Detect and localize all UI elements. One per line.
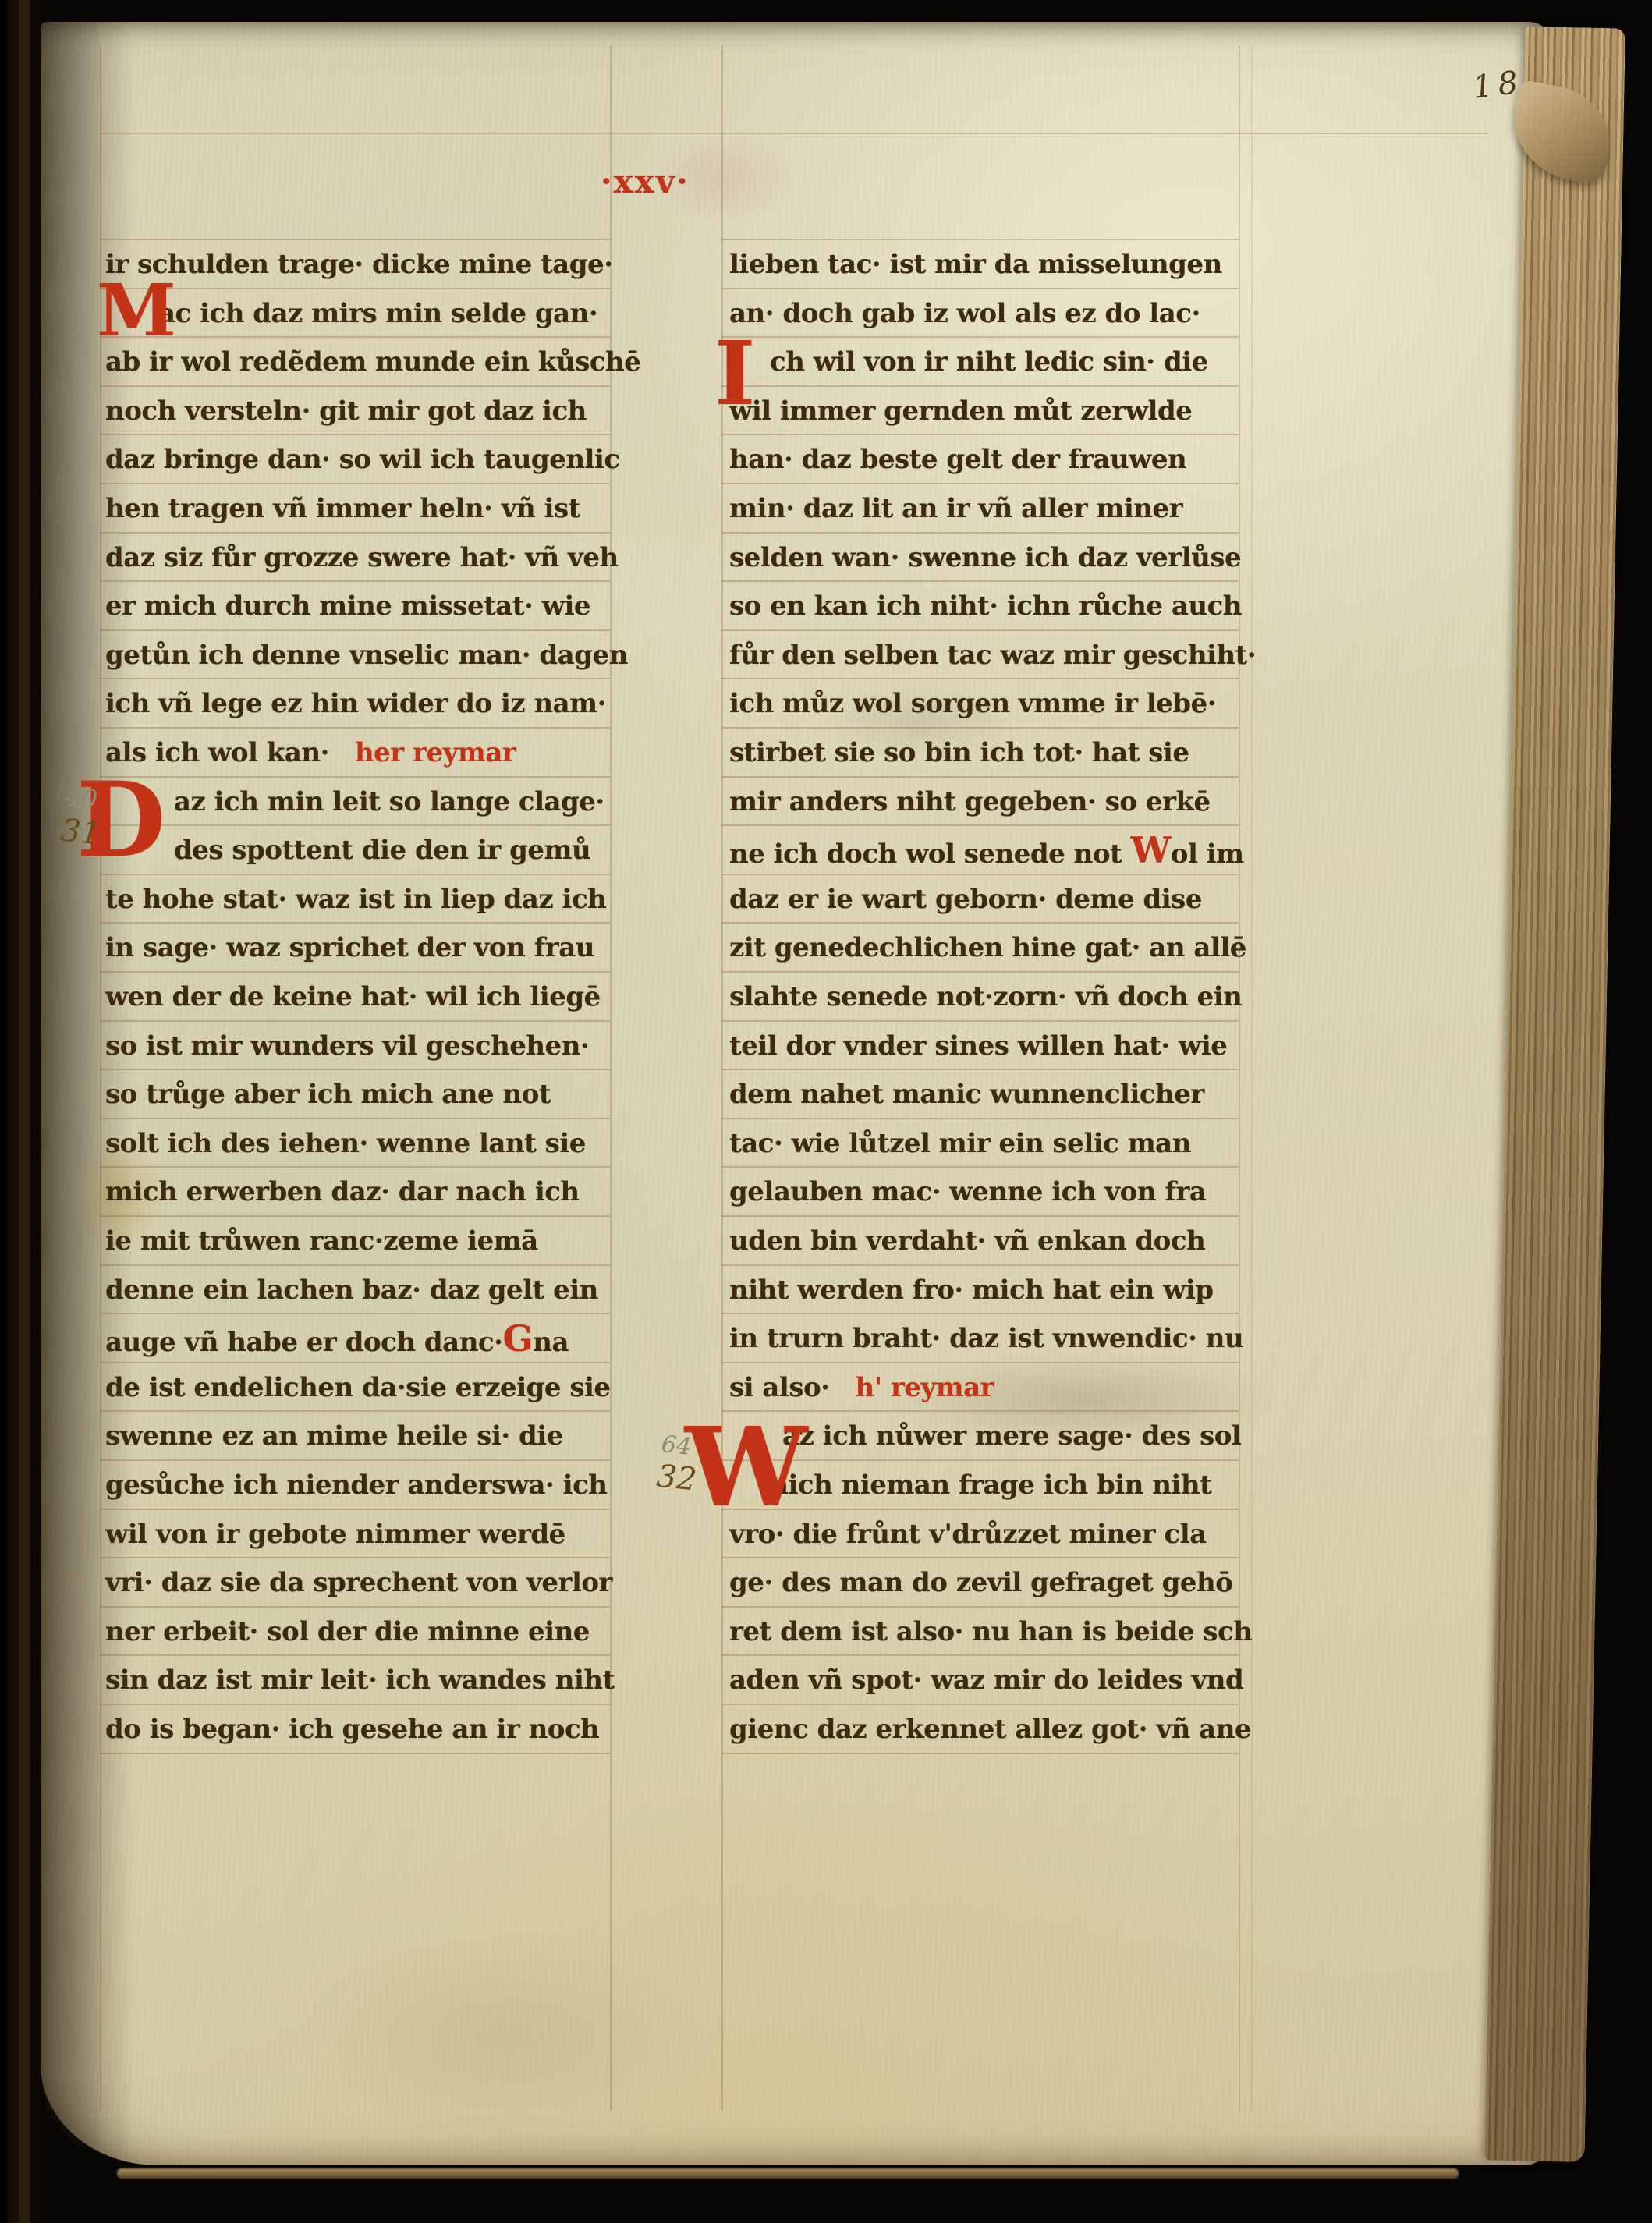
body-text: min· daz lit an ir vñ aller miner [729,493,1182,524]
body-text: te hohe stat· waz ist in liep daz ich [105,884,606,915]
margin-number: 64 [660,1431,693,1461]
text-line-left-16: wen der de keine hat· wil ich liegē [105,973,601,1022]
text-line-left-17: so ist mir wunders vil geschehen· [105,1022,589,1071]
body-text: ich vñ lege ez hin wider do iz nam· [105,688,606,719]
body-text: mich erwerben daz· dar nach ich [105,1176,580,1207]
body-text: zit genedechlichen hine gat· an allē [729,932,1246,963]
text-line-right-11: stirbet sie so bin ich tot· hat sie [729,729,1189,778]
text-line-right-6: min· daz lit an ir vñ aller miner [729,484,1182,534]
body-text: denne ein lachen baz· daz gelt ein [105,1275,598,1306]
initial-W: W [685,1413,807,1523]
text-line-left-22: denne ein lachen baz· daz gelt ein [105,1266,598,1315]
text-line-right-2: an· doch gab iz wol als ez do lac· [729,289,1200,339]
body-text: in trurn braht· daz ist vnwendic· nu [729,1323,1243,1354]
body-text: daz siz fůr grozze swere hat· vñ veh [105,542,619,573]
text-line-left-2: ac ich daz mirs min selde gan· [158,289,597,339]
body-text: az ich min leit so lange clage· [174,786,604,817]
text-line-left-5: daz bringe dan· so wil ich taugenlic [105,435,620,484]
parchment-discoloration [298,1933,704,2136]
text-line-right-10: ich můz wol sorgen vmme ir lebē· [729,679,1216,729]
text-line-left-12: az ich min leit so lange clage· [174,778,604,827]
body-text: swenne ez an mime heile si· die [105,1420,563,1452]
body-text: teil dor vnder sines willen hat· wie [729,1030,1227,1062]
text-line-right-3: ch wil von ir niht ledic sin· die [770,338,1208,387]
text-line-left-14: te hohe stat· waz ist in liep daz ich [105,875,606,924]
body-text: de ist endelichen da·sie erzeige sie [105,1372,611,1403]
rubric-text: her reymar [355,737,516,768]
text-line-left-8: er mich durch mine missetat· wie [105,582,590,631]
body-text: ir schulden trage· dicke mine tage· [105,249,613,280]
text-line-right-17: teil dor vnder sines willen hat· wie [729,1022,1227,1071]
text-line-right-9: fůr den selben tac waz mir geschiht· [729,631,1256,680]
text-line-left-9: getůn ich denne vnselic man· dagen [105,631,628,680]
initial-M: M [97,275,176,346]
body-text: slahte senede not·zorn· vñ doch ein [729,981,1242,1012]
rubric-text: G [502,1317,533,1360]
body-text: des spottent die den ir gemů [174,835,590,866]
ruling-line-vertical [100,45,101,2111]
text-line-right-29: ret dem ist also· nu han is beide sch [729,1608,1252,1657]
text-line-right-26: mich nieman frage ich bin niht [760,1461,1211,1510]
body-text: ac ich daz mirs min selde gan· [158,298,597,329]
text-line-left-15: in sage· waz sprichet der von frau [105,924,594,973]
ruling-line-vertical [1251,45,1253,2111]
body-text: ret dem ist also· nu han is beide sch [729,1616,1252,1647]
body-text: hen tragen vñ immer heln· vñ ist [105,493,580,524]
body-text: ne ich doch wol senede not [729,838,1131,870]
rubric-text: h' reymar [856,1372,994,1403]
rubric-text: W [1131,829,1171,871]
body-text: wen der de keine hat· wil ich liegē [105,981,601,1012]
text-line-right-22: niht werden fro· mich hat ein wip [729,1266,1214,1315]
body-text: lieben tac· ist mir da misselungen [729,249,1222,280]
text-line-right-7: selden wan· swenne ich daz verlůse [729,534,1241,583]
text-line-right-31: gienc daz erkennet allez got· vñ ane [729,1705,1251,1754]
text-line-left-18: so trůge aber ich mich ane not [105,1070,551,1119]
text-line-left-19: solt ich des iehen· wenne lant sie [105,1119,586,1168]
initial-I: I [714,331,755,418]
text-line-left-20: mich erwerben daz· dar nach ich [105,1168,580,1217]
body-text: ner erbeit· sol der die minne eine [105,1616,590,1647]
body-text: an· doch gab iz wol als ez do lac· [729,298,1200,329]
body-text: gelauben mac· wenne ich von fra [729,1176,1206,1207]
text-line-right-19: tac· wie lůtzel mir ein selic man [729,1119,1191,1168]
body-text: auge vñ habe er doch danc· [105,1327,502,1358]
text-line-right-18: dem nahet manic wunnenclicher [729,1070,1204,1119]
body-text: so trůge aber ich mich ane not [105,1079,551,1110]
body-text: ab ir wol redẽdem munde ein kůschē [105,346,640,378]
text-line-left-25: swenne ez an mime heile si· die [105,1412,563,1461]
text-line-right-16: slahte senede not·zorn· vñ doch ein [729,973,1242,1022]
body-text: so ist mir wunders vil geschehen· [105,1030,589,1062]
body-text: ol im [1171,838,1244,870]
body-text: getůn ich denne vnselic man· dagen [105,640,628,671]
body-text: sin daz ist mir leit· ich wandes niht [105,1665,615,1696]
body-text: ie mit trůwen ranc·zeme iemā [105,1225,538,1257]
text-line-right-13: ne ich doch wol senede not Wol im [729,826,1244,875]
text-line-right-23: in trurn braht· daz ist vnwendic· nu [729,1314,1243,1363]
text-line-left-30: sin daz ist mir leit· ich wandes niht [105,1656,615,1705]
text-line-right-5: han· daz beste gelt der frauwen [729,435,1186,484]
text-line-right-4: wil immer gernden můt zerwlde [729,387,1192,436]
body-text: ch wil von ir niht ledic sin· die [770,346,1208,378]
text-line-left-21: ie mit trůwen ranc·zeme iemā [105,1217,538,1266]
margin-number: 31 [59,812,102,852]
text-line-right-14: daz er ie wart geborn· deme dise [729,875,1202,924]
body-text: do is began· ich gesehe an ir noch [105,1714,599,1745]
margin-number: 40 [64,782,98,814]
body-text: wil immer gernden můt zerwlde [729,395,1192,427]
text-line-right-15: zit genedechlichen hine gat· an allē [729,924,1246,973]
body-text: solt ich des iehen· wenne lant sie [105,1128,586,1159]
body-text: er mich durch mine missetat· wie [105,590,590,622]
body-text: fůr den selben tac waz mir geschiht· [729,640,1256,671]
body-text: han· daz beste gelt der frauwen [729,444,1186,475]
body-text: aden vñ spot· waz mir do leides vnd [729,1665,1243,1696]
body-text: selden wan· swenne ich daz verlůse [729,542,1241,573]
body-text: na [533,1327,569,1358]
ruling-line-vertical [1239,45,1240,2111]
manuscript-photo: 186 ·xxv· ir schulden trage· dicke mine … [0,0,1652,2223]
body-text: vri· daz sie da sprechent von verlor [105,1567,612,1598]
margin-number: 32 [655,1458,698,1498]
text-line-left-1: ir schulden trage· dicke mine tage· [105,240,613,289]
body-text: so en kan ich niht· ichn růche auch [729,590,1242,622]
text-line-right-28: ge· des man do zevil gefraget gehō [729,1558,1232,1608]
text-line-left-4: noch versteln· git mir got daz ich [105,387,587,436]
text-line-left-24: de ist endelichen da·sie erzeige sie [105,1363,611,1413]
ruling-line-top [100,133,1488,134]
text-line-left-3: ab ir wol redẽdem munde ein kůschē [105,338,640,387]
text-line-left-26: gesůche ich niender anderswa· ich [105,1461,608,1510]
text-line-right-8: so en kan ich niht· ichn růche auch [729,582,1242,631]
body-text: stirbet sie so bin ich tot· hat sie [729,737,1189,768]
text-line-right-30: aden vñ spot· waz mir do leides vnd [729,1656,1243,1705]
text-line-left-27: wil von ir gebote nimmer werdē [105,1510,565,1559]
text-line-left-6: hen tragen vñ immer heln· vñ ist [105,484,580,534]
body-text: gesůche ich niender anderswa· ich [105,1470,608,1501]
text-line-left-23: auge vñ habe er doch danc·Gna [105,1314,569,1363]
underlying-page-edge [117,2168,1459,2179]
body-text: mich nieman frage ich bin niht [760,1470,1211,1501]
text-line-left-31: do is began· ich gesehe an ir noch [105,1705,599,1754]
text-line-right-12: mir anders niht gegeben· so erkē [729,778,1211,827]
text-line-right-20: gelauben mac· wenne ich von fra [729,1168,1206,1217]
body-text: wil von ir gebote nimmer werdē [105,1519,565,1550]
body-text: gienc daz erkennet allez got· vñ ane [729,1714,1251,1745]
body-text: tac· wie lůtzel mir ein selic man [729,1128,1191,1159]
body-text: dem nahet manic wunnenclicher [729,1079,1204,1110]
text-line-left-11: als ich wol kan· her reymar [105,729,516,778]
body-text: in sage· waz sprichet der von frau [105,932,594,963]
text-line-right-21: uden bin verdaht· vñ enkan doch [729,1217,1205,1266]
text-line-left-10: ich vñ lege ez hin wider do iz nam· [105,679,606,729]
body-text: daz bringe dan· so wil ich taugenlic [105,444,620,475]
text-line-left-13: des spottent die den ir gemů [174,826,590,875]
body-text: uden bin verdaht· vñ enkan doch [729,1225,1205,1257]
text-line-right-25: az ich nůwer mere sage· des sol [782,1412,1241,1461]
text-line-left-7: daz siz fůr grozze swere hat· vñ veh [105,534,619,583]
body-text: mir anders niht gegeben· so erkē [729,786,1211,817]
book-binding-edge [0,0,41,2223]
text-line-left-28: vri· daz sie da sprechent von verlor [105,1558,612,1608]
body-text: ge· des man do zevil gefraget gehō [729,1567,1232,1598]
body-text: daz er ie wart geborn· deme dise [729,884,1202,915]
body-text: ich můz wol sorgen vmme ir lebē· [729,688,1216,719]
text-line-left-29: ner erbeit· sol der die minne eine [105,1608,590,1657]
body-text: noch versteln· git mir got daz ich [105,395,587,427]
text-line-right-1: lieben tac· ist mir da misselungen [729,240,1222,289]
body-text: si also· [729,1372,856,1403]
body-text: az ich nůwer mere sage· des sol [782,1420,1241,1452]
body-text: niht werden fro· mich hat ein wip [729,1275,1214,1306]
chapter-heading: ·xxv· [601,162,690,200]
